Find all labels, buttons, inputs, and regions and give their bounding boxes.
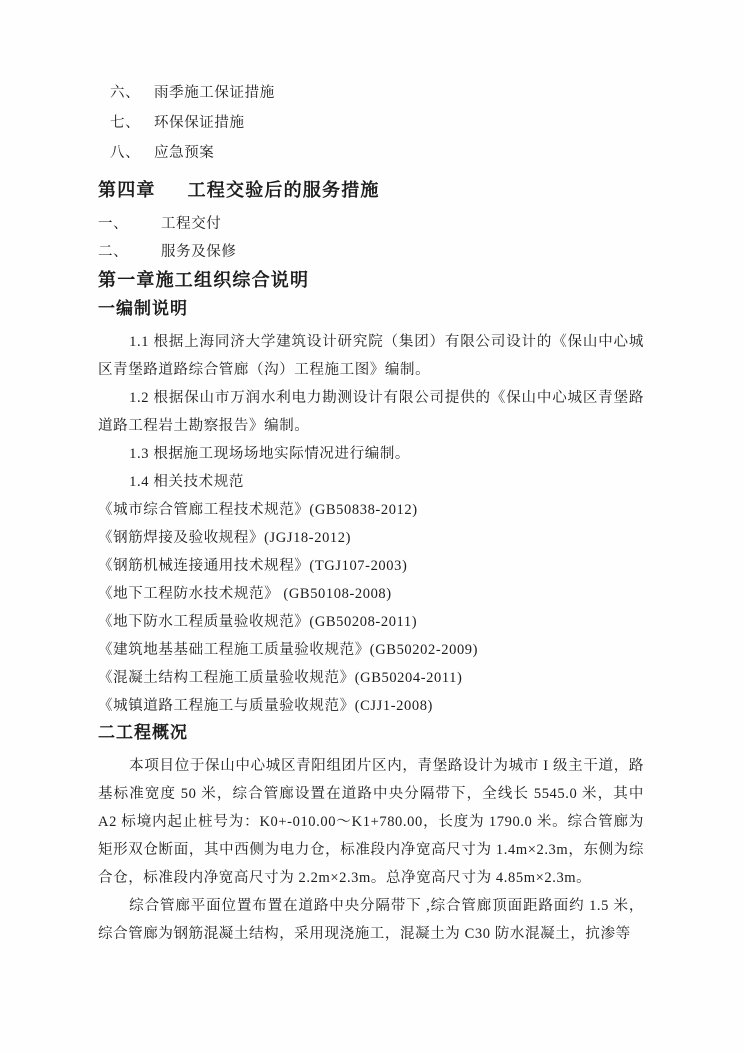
section1-heading: 一编制说明: [98, 296, 644, 322]
chapter4-number: 第四章: [98, 180, 156, 200]
regulation-item-gb50208: 《地下防水工程质量验收规范》(GB50208-2011): [98, 608, 644, 636]
regulation-item-jgj18: 《钢筋焊接及验收规程》(JGJ18-2012): [98, 524, 644, 552]
toc-item-number: 七、: [110, 108, 154, 138]
toc-list: 六、雨季施工保证措施 七、环保保证措施 八、应急预案: [98, 78, 644, 168]
chapter4-item-delivery: 一、工程交付: [98, 210, 644, 238]
list-item-number: 二、: [98, 238, 161, 266]
toc-item-number: 八、: [110, 138, 154, 168]
list-item-label: 工程交付: [161, 216, 221, 232]
toc-item-environment: 七、环保保证措施: [110, 108, 644, 138]
regulation-item-gb50838: 《城市综合管廊工程技术规范》(GB50838-2012): [98, 496, 644, 524]
toc-item-rainy-season: 六、雨季施工保证措施: [110, 78, 644, 108]
list-item-number: 一、: [98, 210, 161, 238]
chapter4-title: 工程交验后的服务措施: [188, 180, 380, 200]
document-page: 六、雨季施工保证措施 七、环保保证措施 八、应急预案 第四章工程交验后的服务措施…: [0, 0, 744, 1052]
toc-item-emergency: 八、应急预案: [110, 138, 644, 168]
paragraph-1-1: 1.1 根据上海同济大学建筑设计研究院（集团）有限公司设计的《保山中心城区青堡路…: [98, 328, 644, 384]
project-overview-paragraph: 本项目位于保山中心城区青阳组团片区内，青堡路设计为城市 I 级主干道，路基标准宽…: [98, 752, 644, 892]
project-layout-paragraph: 综合管廊平面位置布置在道路中央分隔带下 ,综合管廊顶面距路面约 1.5 米，综合…: [98, 892, 644, 948]
toc-item-label: 环保保证措施: [154, 115, 245, 131]
paragraph-1-4: 1.4 相关技术规范: [98, 468, 644, 496]
toc-item-number: 六、: [110, 78, 154, 108]
chapter4-heading: 第四章工程交验后的服务措施: [98, 176, 644, 204]
regulation-list: 《城市综合管廊工程技术规范》(GB50838-2012) 《钢筋焊接及验收规程》…: [98, 496, 644, 720]
chapter4-item-service: 二、服务及保修: [98, 238, 644, 266]
toc-item-label: 应急预案: [154, 145, 214, 161]
regulation-item-gb50204: 《混凝土结构工程施工质量验收规范》(GB50204-2011): [98, 664, 644, 692]
regulation-item-tgj107: 《钢筋机械连接通用技术规程》(TGJ107-2003): [98, 552, 644, 580]
toc-item-label: 雨季施工保证措施: [154, 85, 275, 101]
chapter4-list: 一、工程交付 二、服务及保修: [98, 210, 644, 266]
paragraph-1-3: 1.3 根据施工现场场地实际情况进行编制。: [98, 440, 644, 468]
list-item-label: 服务及保修: [161, 244, 237, 260]
paragraph-1-2: 1.2 根据保山市万润水利电力勘测设计有限公司提供的《保山中心城区青堡路道路工程…: [98, 384, 644, 440]
regulation-item-gb50108: 《地下工程防水技术规范》 (GB50108-2008): [98, 580, 644, 608]
regulation-item-gb50202: 《建筑地基基础工程施工质量验收规范》(GB50202-2009): [98, 636, 644, 664]
chapter1-heading: 第一章施工组织综合说明: [98, 266, 644, 294]
section2-heading: 二工程概况: [98, 720, 644, 746]
regulation-item-cjj1: 《城镇道路工程施工与质量验收规范》(CJJ1-2008): [98, 692, 644, 720]
